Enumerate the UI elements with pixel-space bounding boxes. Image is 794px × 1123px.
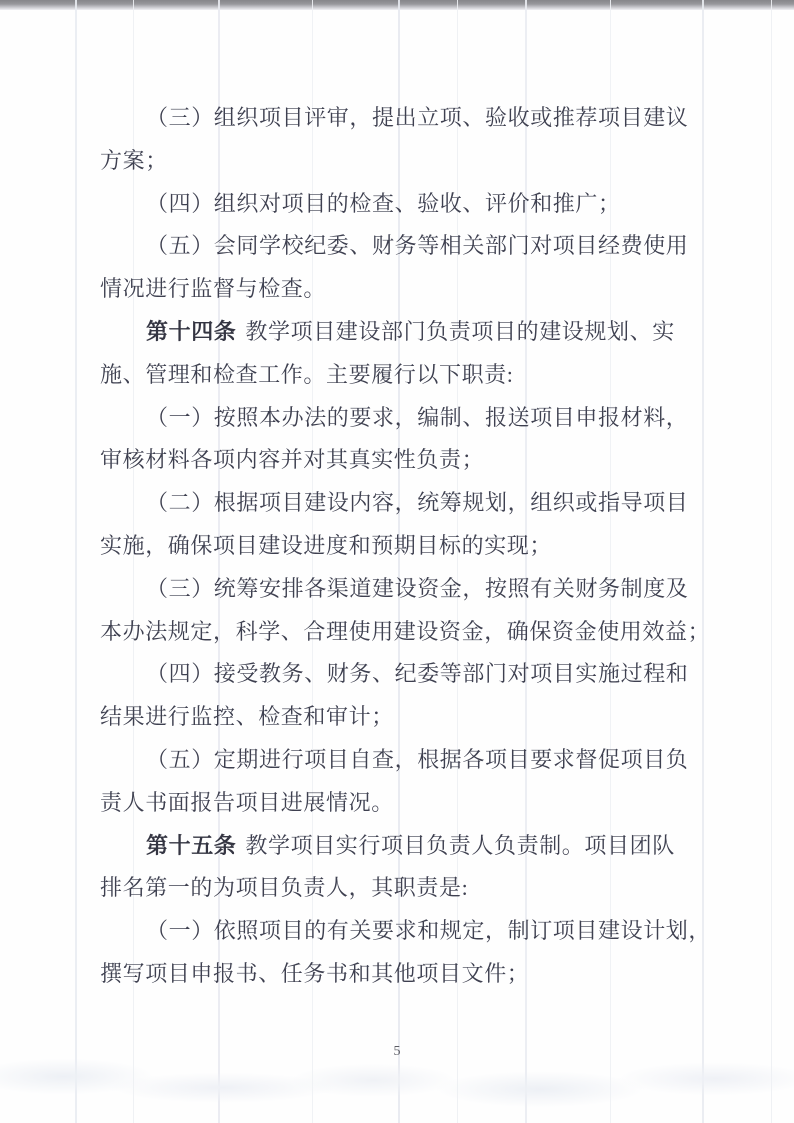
text-line: 第十四条教学项目建设部门负责项目的建设规划、实 (100, 311, 740, 354)
text-line: （一）依照项目的有关要求和规定，制订项目建设计划， (100, 910, 740, 953)
line-text: （二）根据项目建设内容，统筹规划，组织或指导项目 (146, 490, 688, 515)
text-line: 责人书面报告项目进展情况。 (100, 782, 740, 825)
text-line: （三）组织项目评审，提出立项、验收或推荐项目建议 (100, 97, 740, 140)
text-line: （五）会同学校纪委、财务等相关部门对项目经费使用 (100, 225, 740, 268)
line-text: 施、管理和检查工作。主要履行以下职责: (100, 362, 514, 387)
text-line: （二）根据项目建设内容，统筹规划，组织或指导项目 (100, 482, 740, 525)
line-text: （三）组织项目评审，提出立项、验收或推荐项目建议 (146, 105, 688, 130)
text-line: （一）按照本办法的要求，编制、报送项目申报材料， (100, 397, 740, 440)
line-text: 撰写项目申报书、任务书和其他项目文件； (100, 961, 529, 986)
line-text: 排名第一的为项目负责人，其职责是: (100, 875, 468, 900)
article-number: 第十四条 (146, 319, 236, 344)
text-line: 情况进行监督与检查。 (100, 268, 740, 311)
scan-artifact-top-band (0, 0, 794, 10)
text-line: 第十五条教学项目实行项目负责人负责制。项目团队 (100, 825, 740, 868)
text-line: （四）组织对项目的检查、验收、评价和推广； (100, 183, 740, 226)
text-line: （三）统筹安排各渠道建设资金，按照有关财务制度及 (100, 568, 740, 611)
text-line: 撰写项目申报书、任务书和其他项目文件； (100, 953, 740, 996)
text-line: （四）接受教务、财务、纪委等部门对项目实施过程和 (100, 653, 740, 696)
page-number: 5 (0, 1044, 794, 1060)
document-body: （三）组织项目评审，提出立项、验收或推荐项目建议方案；（四）组织对项目的检查、验… (100, 97, 740, 996)
article-number: 第十五条 (146, 833, 236, 858)
line-text: （一）按照本办法的要求，编制、报送项目申报材料， (146, 405, 688, 430)
line-text: 教学项目建设部门负责项目的建设规划、实 (245, 319, 674, 344)
line-text: 责人书面报告项目进展情况。 (100, 790, 394, 815)
line-text: （四）接受教务、财务、纪委等部门对项目实施过程和 (146, 661, 688, 686)
line-text: （五）会同学校纪委、财务等相关部门对项目经费使用 (146, 233, 688, 258)
line-text: （五）定期进行项目自查，根据各项目要求督促项目负 (146, 747, 688, 772)
line-text: 审核材料各项内容并对其真实性负责； (100, 447, 484, 472)
text-line: 审核材料各项内容并对其真实性负责； (100, 439, 740, 482)
text-line: 本办法规定，科学、合理使用建设资金，确保资金使用效益； (100, 611, 740, 654)
text-line: 排名第一的为项目负责人，其职责是: (100, 867, 740, 910)
line-text: （一）依照项目的有关要求和规定，制订项目建设计划， (146, 918, 711, 943)
line-text: （四）组织对项目的检查、验收、评价和推广； (146, 191, 621, 216)
text-line: 施、管理和检查工作。主要履行以下职责: (100, 354, 740, 397)
line-text: 结果进行监控、检查和审计； (100, 704, 394, 729)
scanned-document-page: （三）组织项目评审，提出立项、验收或推荐项目建议方案；（四）组织对项目的检查、验… (0, 0, 794, 1123)
line-text: 实施，确保项目建设进度和预期目标的实现； (100, 533, 552, 558)
line-text: 本办法规定，科学、合理使用建设资金，确保资金使用效益； (100, 619, 710, 644)
text-line: 方案； (100, 140, 740, 183)
text-line: 结果进行监控、检查和审计； (100, 696, 740, 739)
text-line: 实施，确保项目建设进度和预期目标的实现； (100, 525, 740, 568)
text-line: （五）定期进行项目自查，根据各项目要求督促项目负 (100, 739, 740, 782)
line-text: （三）统筹安排各渠道建设资金，按照有关财务制度及 (146, 576, 688, 601)
line-text: 情况进行监督与检查。 (100, 276, 326, 301)
line-text: 教学项目实行项目负责人负责制。项目团队 (245, 833, 674, 858)
line-text: 方案； (100, 148, 168, 173)
